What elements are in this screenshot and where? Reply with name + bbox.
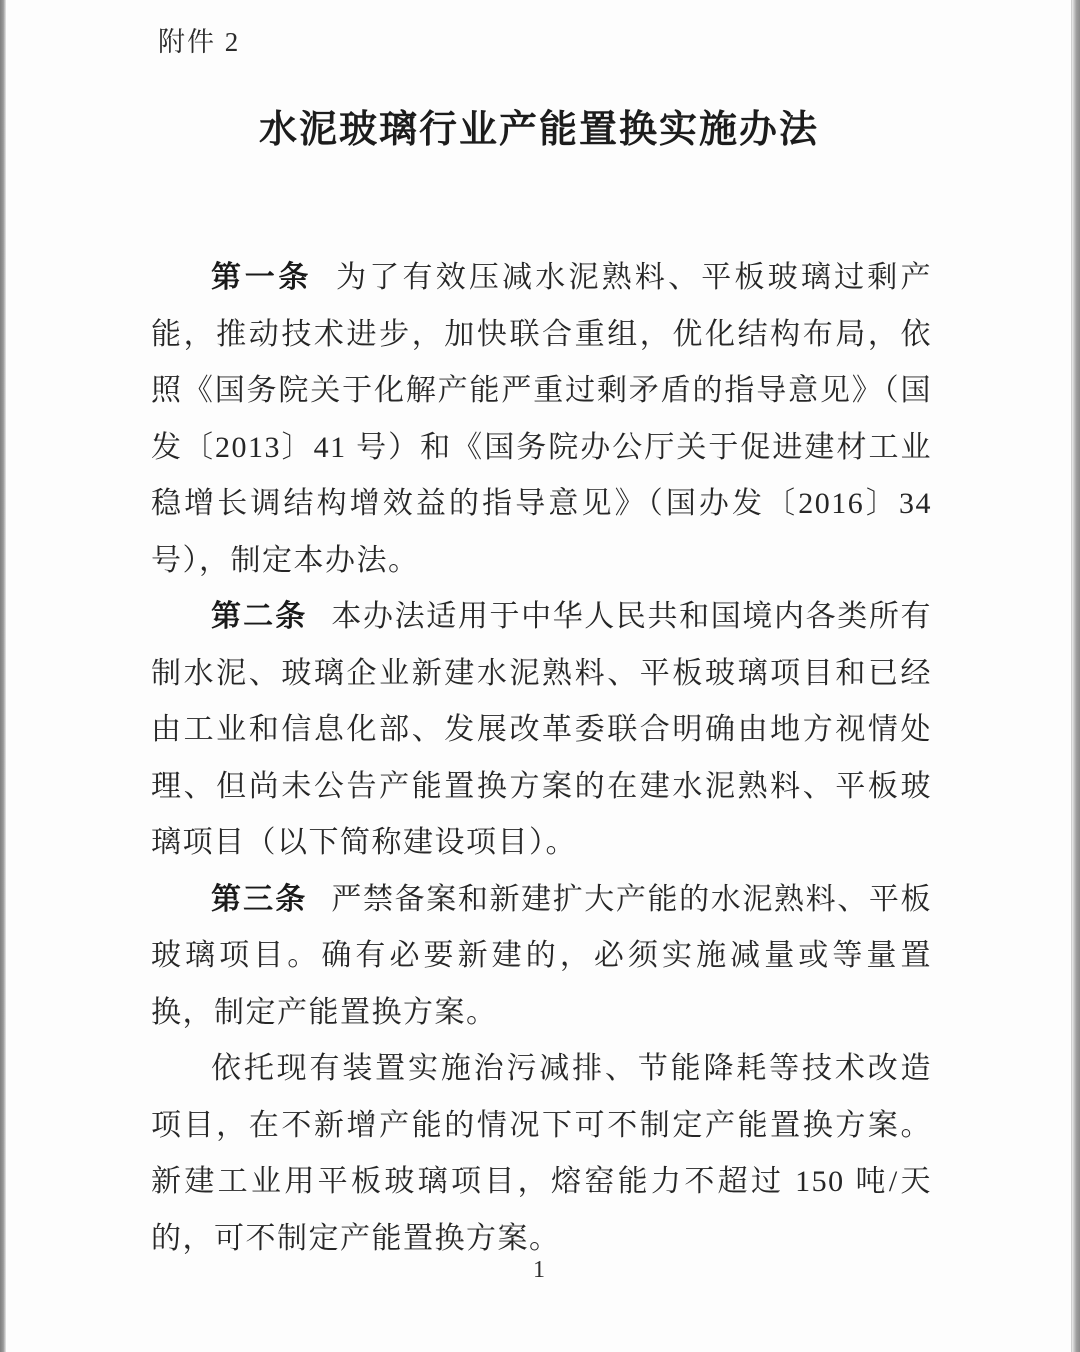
article-2-text: 本办法适用于中华人民共和国境内各类所有制水泥、玻璃企业新建水泥熟料、平板玻璃项目… (151, 600, 932, 859)
attachment-label: 附件 2 (158, 20, 240, 59)
page-number: 1 (6, 1257, 1072, 1284)
document-title: 水泥玻璃行业产能置换实施办法 (6, 98, 1072, 153)
article-1-lead: 第一条 (211, 261, 312, 294)
document-viewer: 附件 2 水泥玻璃行业产能置换实施办法 第一条为了有效压减水泥熟料、平板玻璃过剩… (0, 0, 1080, 1352)
article-2-lead: 第二条 (211, 600, 307, 633)
document-body: 第一条为了有效压减水泥熟料、平板玻璃过剩产能，推动技术进步，加快联合重组，优化结… (151, 250, 932, 1267)
paragraph-article-3-continuation: 依托现有装置实施治污减排、节能降耗等技术改造项目，在不新增产能的情况下可不制定产… (151, 1041, 932, 1267)
paragraph-article-2: 第二条本办法适用于中华人民共和国境内各类所有制水泥、玻璃企业新建水泥熟料、平板玻… (151, 589, 932, 872)
scan-right-edge (1071, 0, 1080, 1352)
paragraph-article-3: 第三条严禁备案和新建扩大产能的水泥熟料、平板玻璃项目。确有必要新建的，必须实施减… (151, 872, 932, 1042)
document-page: 附件 2 水泥玻璃行业产能置换实施办法 第一条为了有效压减水泥熟料、平板玻璃过剩… (6, 0, 1072, 1352)
paragraph-article-1: 第一条为了有效压减水泥熟料、平板玻璃过剩产能，推动技术进步，加快联合重组，优化结… (151, 250, 932, 589)
article-3-lead: 第三条 (211, 883, 307, 916)
article-1-text: 为了有效压减水泥熟料、平板玻璃过剩产能，推动技术进步，加快联合重组，优化结构布局… (151, 261, 932, 577)
article-3-continuation-text: 依托现有装置实施治污减排、节能降耗等技术改造项目，在不新增产能的情况下可不制定产… (151, 1052, 932, 1255)
